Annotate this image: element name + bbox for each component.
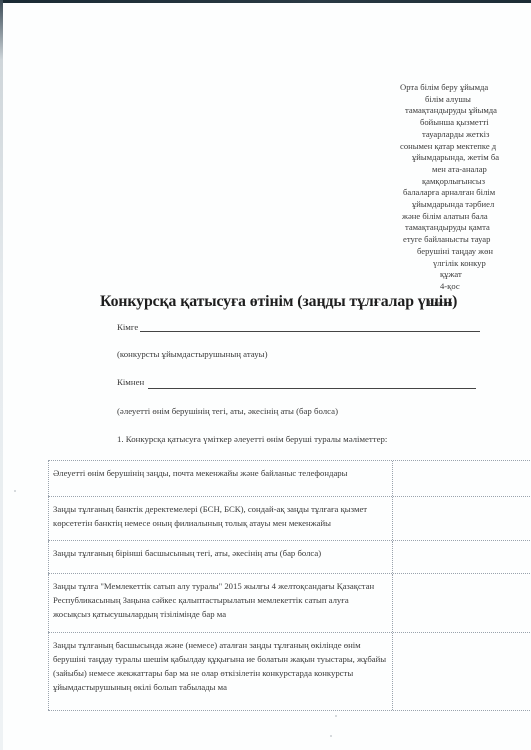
scan-speck: [330, 735, 332, 737]
from-field-label: Кімнен: [117, 377, 144, 387]
to-field-label: Кімге: [117, 322, 138, 332]
header-line: сонымен қатар мектепке д: [400, 141, 531, 153]
header-line: білім алушы: [425, 94, 531, 106]
row-value-input[interactable]: [393, 574, 531, 632]
row-label: Заңды тұлғаның басшысында және (немесе) …: [48, 633, 393, 710]
section-1-heading: 1. Конкурсқа қатысуға үміткер әлеуетті ө…: [117, 434, 387, 444]
header-line: тамақтандыруды ұйымда: [405, 105, 531, 117]
header-line: ұйымдарында, жетім ба: [412, 152, 531, 164]
table-row: Заңды тұлға "Мемлекеттік сатып алу турал…: [48, 573, 531, 632]
header-line: балаларға арналған білім: [403, 187, 531, 199]
header-line: 4-қос: [440, 281, 531, 293]
row-value-input[interactable]: [393, 541, 531, 573]
header-line: Орта білім беру ұйымда: [400, 82, 531, 94]
header-line: бойынша қызметті: [420, 117, 531, 129]
header-line: етуге байланысты тауар: [403, 234, 531, 246]
header-appendix-block: Орта білім беру ұйымдабілім алушытамақта…: [400, 82, 531, 309]
row-label: Заңды тұлғаның банктік деректемелері (БС…: [48, 497, 393, 540]
scan-edge-left: [0, 0, 3, 750]
table-row: Заңды тұлғаның бірінші басшысының тегі, …: [48, 540, 531, 573]
header-line: берушіні таңдау жөн: [417, 246, 531, 258]
header-line: мен ата-аналар: [432, 164, 531, 176]
row-value-input[interactable]: [393, 633, 531, 710]
header-line: тауарларды жеткіз: [422, 129, 531, 141]
header-line: тамақтандыруды қамта: [405, 222, 531, 234]
to-field-input[interactable]: [140, 331, 480, 332]
row-value-input[interactable]: [393, 497, 531, 540]
scan-speck: [335, 715, 337, 717]
row-label: Әлеуетті өнім берушінің заңды, почта мек…: [48, 461, 393, 496]
header-line: және білім алатын бала: [402, 211, 531, 223]
row-label: Заңды тұлға "Мемлекеттік сатып алу турал…: [48, 574, 393, 632]
from-field-hint: (әлеуетті өнім берушінің тегі, аты, әкес…: [117, 406, 338, 416]
row-label: Заңды тұлғаның бірінші басшысының тегі, …: [48, 541, 393, 573]
table-row: Заңды тұлғаның банктік деректемелері (БС…: [48, 496, 531, 540]
scan-speck: [14, 490, 16, 492]
header-line: үлгілік конкур: [433, 258, 531, 270]
scan-edge-top: [0, 0, 531, 3]
supplier-info-table: Әлеуетті өнім берушінің заңды, почта мек…: [48, 460, 531, 711]
to-field-hint: (конкурсты ұйымдастырушының атауы): [117, 349, 268, 359]
header-line: құжат: [440, 269, 531, 281]
table-row: Әлеуетті өнім берушінің заңды, почта мек…: [48, 460, 531, 496]
page-title: Конкурсқа қатысуға өтінім (заңды тұлғала…: [100, 293, 457, 311]
header-line: қамқорлығынсыз: [422, 176, 531, 188]
header-line: ұйымдарында тәрбиел: [412, 199, 531, 211]
from-field-input[interactable]: [148, 388, 476, 389]
row-value-input[interactable]: [393, 461, 531, 496]
table-row: Заңды тұлғаның басшысында және (немесе) …: [48, 632, 531, 711]
